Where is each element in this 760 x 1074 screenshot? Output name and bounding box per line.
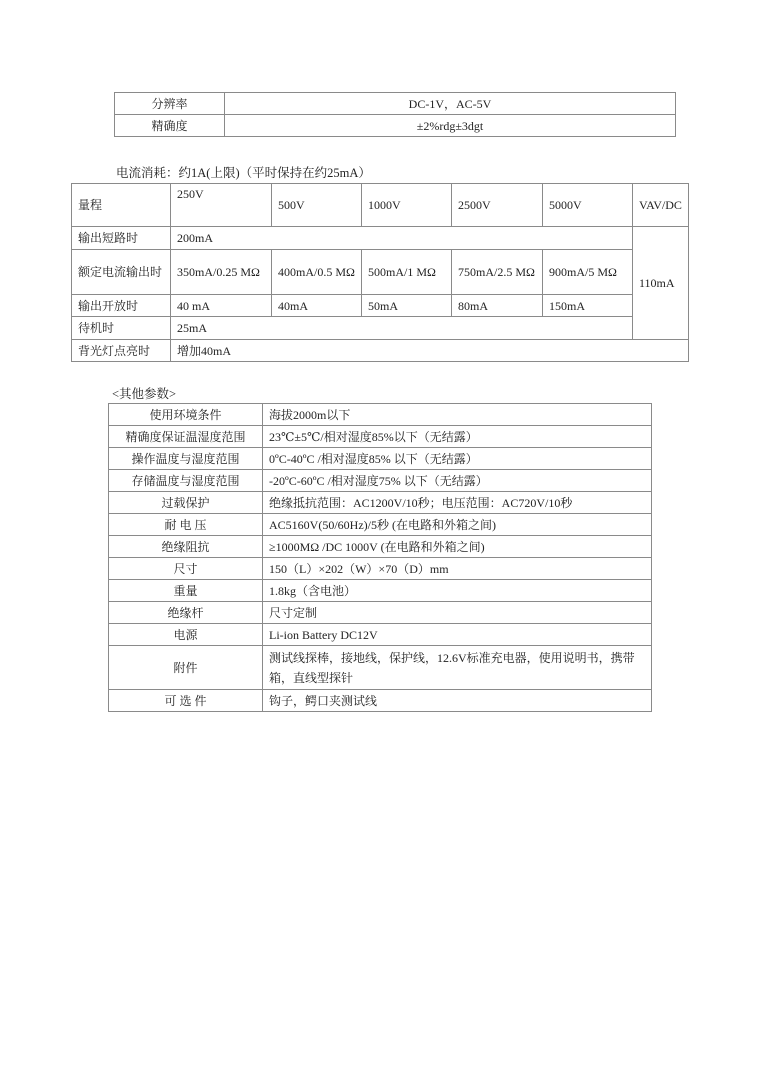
- table-row: 操作温度与湿度范围0ºC-40ºC /相对湿度85% 以下（无结露）: [109, 448, 652, 470]
- open-1000v: 50mA: [362, 295, 452, 317]
- row-value: 绝缘抵抗范围：AC1200V/10秒；电压范围：AC720V/10秒: [263, 492, 652, 514]
- other-params-table: 使用环境条件海拔2000m以下 精确度保证温湿度范围23℃±5℃/相对湿度85%…: [108, 403, 652, 712]
- row-label: 输出短路时: [72, 227, 171, 250]
- table-row: 可 选 件钩子，鳄口夹测试线: [109, 690, 652, 712]
- rated-5000v: 900mA/5 MΩ: [543, 250, 633, 295]
- current-consumption-caption: 电流消耗：约1A(上限)（平时保持在约25mA）: [116, 163, 371, 181]
- table-row: 过载保护绝缘抵抗范围：AC1200V/10秒；电压范围：AC720V/10秒: [109, 492, 652, 514]
- row-value: 尺寸定制: [263, 602, 652, 624]
- row-value: -20ºC-60ºC /相对湿度75% 以下（无结露）: [263, 470, 652, 492]
- rated-500v: 400mA/0.5 MΩ: [272, 250, 362, 295]
- row-value: 200mA: [171, 227, 633, 250]
- row-value: 钩子，鳄口夹测试线: [263, 690, 652, 712]
- range-1000v: 1000V: [362, 184, 452, 227]
- row-label: 绝缘阻抗: [109, 536, 263, 558]
- range-500v: 500V: [272, 184, 362, 227]
- row-label: 分辨率: [115, 93, 225, 115]
- row-label: 可 选 件: [109, 690, 263, 712]
- table-row: 尺寸150（L）×202（W）×70（D）mm: [109, 558, 652, 580]
- table-row-header: 量程 250V 500V 1000V 2500V 5000V VAV/DC: [72, 184, 689, 227]
- row-label: 使用环境条件: [109, 404, 263, 426]
- table-row: 分辨率 DC-1V，AC-5V: [115, 93, 676, 115]
- open-500v: 40mA: [272, 295, 362, 317]
- table-row: 重量1.8kg（含电池）: [109, 580, 652, 602]
- rated-2500v: 750mA/2.5 MΩ: [452, 250, 543, 295]
- row-value: ±2%rdg±3dgt: [225, 115, 676, 137]
- row-value: 1.8kg（含电池）: [263, 580, 652, 602]
- row-label: 操作温度与湿度范围: [109, 448, 263, 470]
- table-row: 输出开放时 40 mA 40mA 50mA 80mA 150mA: [72, 295, 689, 317]
- table-row: 精确度保证温湿度范围23℃±5℃/相对湿度85%以下（无结露）: [109, 426, 652, 448]
- row-value: ≥1000MΩ /DC 1000V (在电路和外箱之间): [263, 536, 652, 558]
- range-label: 量程: [72, 184, 171, 227]
- range-2500v: 2500V: [452, 184, 543, 227]
- row-label: 电源: [109, 624, 263, 646]
- row-value: 25mA: [171, 317, 633, 340]
- table-row: 使用环境条件海拔2000m以下: [109, 404, 652, 426]
- table-row: 电源Li-ion Battery DC12V: [109, 624, 652, 646]
- row-label: 输出开放时: [72, 295, 171, 317]
- row-label: 背光灯点亮时: [72, 340, 171, 362]
- table-row: 附件测试线探棒，接地线，保护线，12.6V标准充电器，使用说明书，携带箱，直线型…: [109, 646, 652, 690]
- open-250v: 40 mA: [171, 295, 272, 317]
- row-label: 耐 电 压: [109, 514, 263, 536]
- row-value: Li-ion Battery DC12V: [263, 624, 652, 646]
- row-label: 精确度保证温湿度范围: [109, 426, 263, 448]
- table-row: 额定电流输出时 350mA/0.25 MΩ 400mA/0.5 MΩ 500mA…: [72, 250, 689, 295]
- row-value: AC5160V(50/60Hz)/5秒 (在电路和外箱之间): [263, 514, 652, 536]
- table-row: 存储温度与湿度范围-20ºC-60ºC /相对湿度75% 以下（无结露）: [109, 470, 652, 492]
- table-row: 输出短路时 200mA 110mA: [72, 227, 689, 250]
- row-value: 23℃±5℃/相对湿度85%以下（无结露）: [263, 426, 652, 448]
- table-row: 绝缘杆尺寸定制: [109, 602, 652, 624]
- current-consumption-table: 量程 250V 500V 1000V 2500V 5000V VAV/DC 输出…: [71, 183, 689, 362]
- row-value: 测试线探棒，接地线，保护线，12.6V标准充电器，使用说明书，携带箱，直线型探针: [263, 646, 652, 690]
- row-value: 海拔2000m以下: [263, 404, 652, 426]
- row-label: 存储温度与湿度范围: [109, 470, 263, 492]
- resolution-table: 分辨率 DC-1V，AC-5V 精确度 ±2%rdg±3dgt: [114, 92, 676, 137]
- table-row: 背光灯点亮时 增加40mA: [72, 340, 689, 362]
- open-2500v: 80mA: [452, 295, 543, 317]
- row-label: 过载保护: [109, 492, 263, 514]
- rated-1000v: 500mA/1 MΩ: [362, 250, 452, 295]
- row-label: 额定电流输出时: [72, 250, 171, 295]
- row-value: 0ºC-40ºC /相对湿度85% 以下（无结露）: [263, 448, 652, 470]
- rated-250v: 350mA/0.25 MΩ: [171, 250, 272, 295]
- open-5000v: 150mA: [543, 295, 633, 317]
- range-5000v: 5000V: [543, 184, 633, 227]
- row-label: 待机时: [72, 317, 171, 340]
- row-label: 尺寸: [109, 558, 263, 580]
- vav-dc-value: 110mA: [633, 227, 689, 340]
- row-value: 150（L）×202（W）×70（D）mm: [263, 558, 652, 580]
- table-row: 待机时 25mA: [72, 317, 689, 340]
- table-row: 精确度 ±2%rdg±3dgt: [115, 115, 676, 137]
- row-label: 绝缘杆: [109, 602, 263, 624]
- row-label: 重量: [109, 580, 263, 602]
- row-label: 附件: [109, 646, 263, 690]
- table-row: 耐 电 压AC5160V(50/60Hz)/5秒 (在电路和外箱之间): [109, 514, 652, 536]
- row-value: DC-1V，AC-5V: [225, 93, 676, 115]
- other-params-caption: <其他参数>: [112, 384, 176, 402]
- range-250v: 250V: [171, 184, 272, 227]
- vav-dc-header: VAV/DC: [633, 184, 689, 227]
- row-value: 增加40mA: [171, 340, 689, 362]
- row-label: 精确度: [115, 115, 225, 137]
- table-row: 绝缘阻抗≥1000MΩ /DC 1000V (在电路和外箱之间): [109, 536, 652, 558]
